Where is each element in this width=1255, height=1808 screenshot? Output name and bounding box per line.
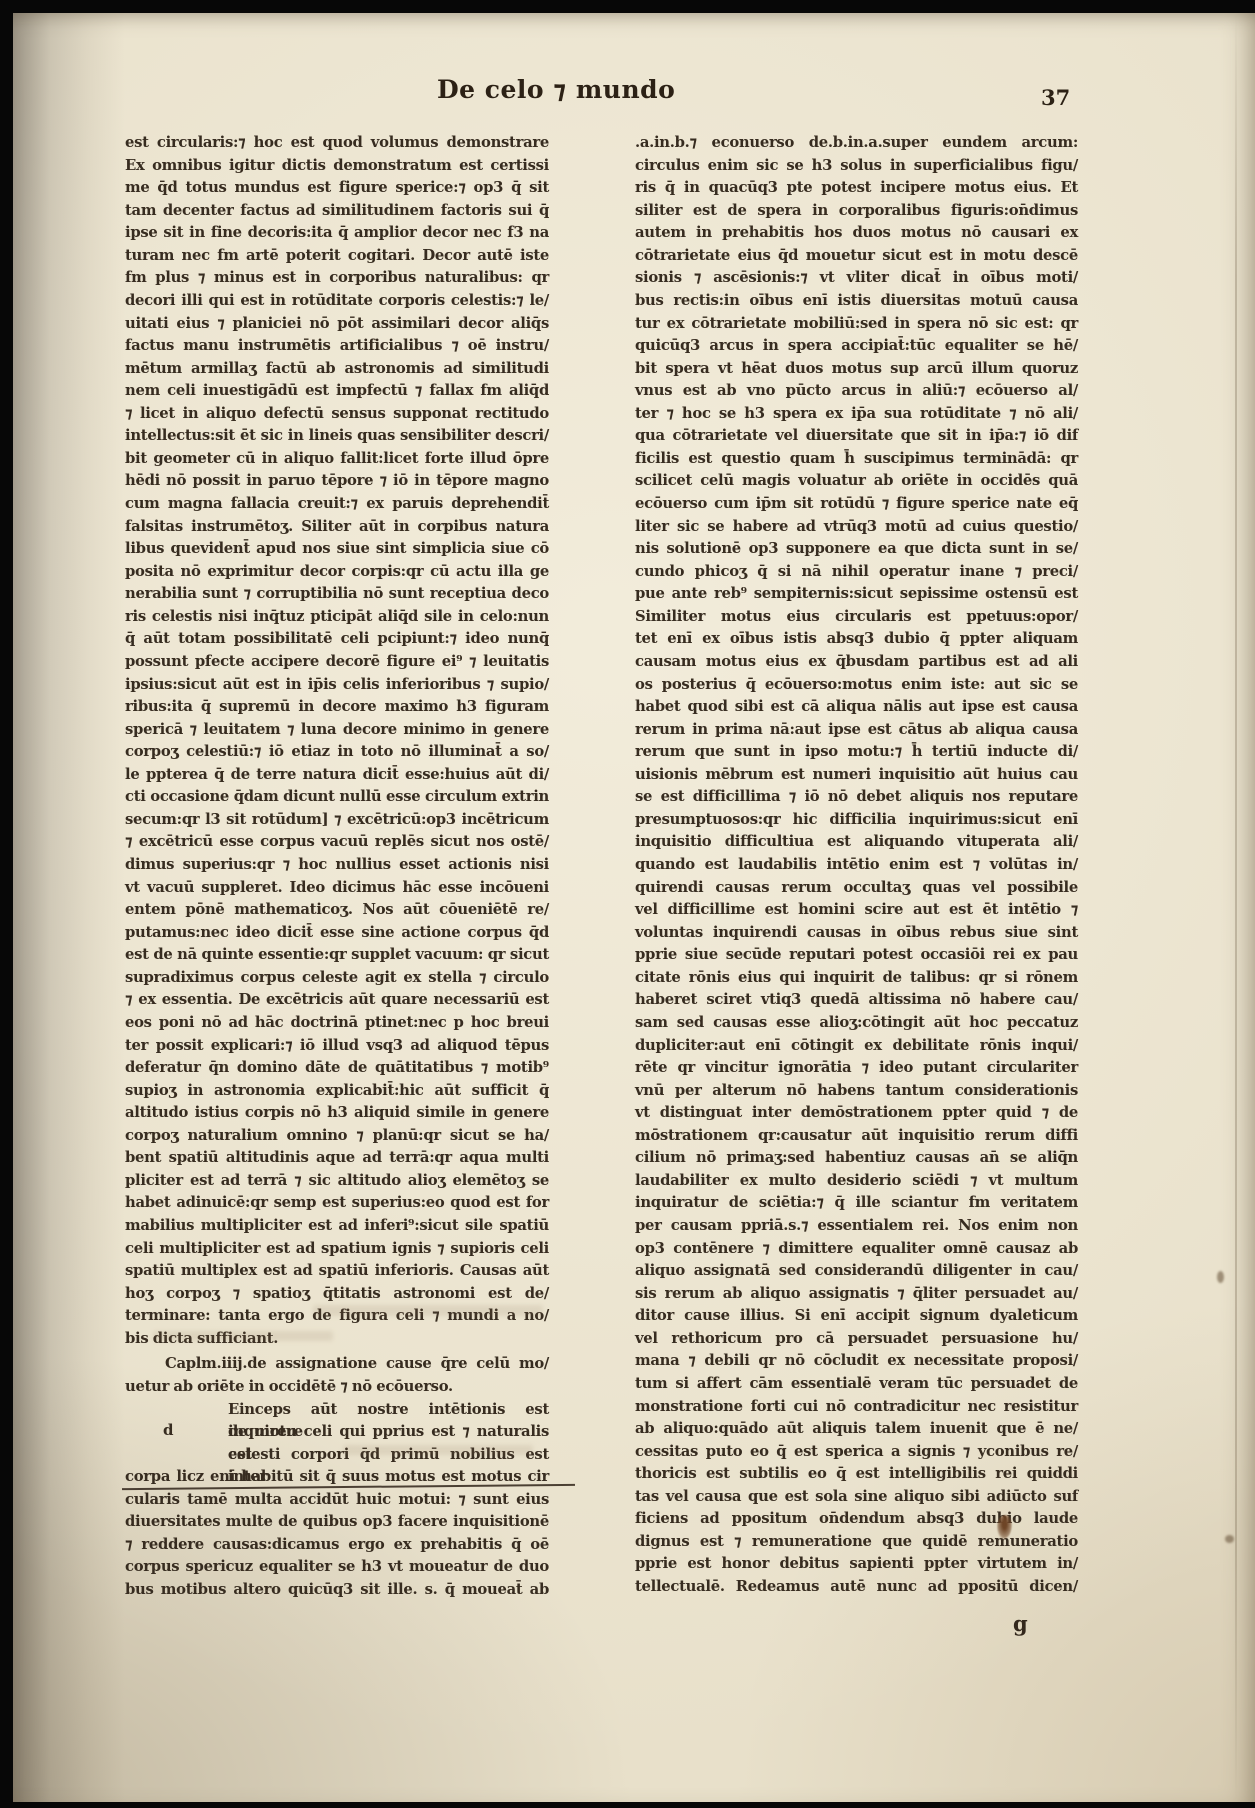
text-line: tas vel causa que est sola sine aliquo s… [635, 1486, 1078, 1509]
text-line: bit geometer cū in aliquo fallit:licet f… [125, 448, 549, 471]
text-line: inquisitio difficultiua est aliquando vi… [635, 831, 1078, 854]
text-line: tet enī ex oībus istis absq3 dubio q̄ pp… [635, 628, 1078, 651]
text-line: sis rerum ab aliquo assignatis ⁊ q̄liter… [635, 1283, 1078, 1306]
text-line: nis solutionē op3 supponere ea que dicta… [635, 538, 1078, 561]
text-line: mana ⁊ debili qr nō cōcludit ex necessit… [635, 1350, 1078, 1373]
text-line: os posterius q̄ ecōuerso:motus enim iste… [635, 674, 1078, 697]
text-line: haberet sciret vtiq3 quedā altissima nō … [635, 989, 1078, 1012]
text-line: quirendi causas rerum occultaʒ quas vel … [635, 877, 1078, 900]
text-line: eos poni nō ad hāc doctrinā ptinet:nec p… [125, 1012, 549, 1035]
ink-bleedthrough [343, 1445, 533, 1455]
text-line: thoricis est subtilis eo q̄ est intellig… [635, 1463, 1078, 1486]
text-line: entem pōnē mathematicoʒ. Nos aūt cōueniē… [125, 899, 549, 922]
text-line: aliquo assignatā sed considerandū dilige… [635, 1260, 1078, 1283]
text-line: bit spera vt hēat duos motus sup arcū il… [635, 358, 1078, 381]
text-line: ecōuerso cum ip̄m sit rotūdū ⁊ figure sp… [635, 493, 1078, 516]
text-line: Similiter motus eius circularis est ppet… [635, 606, 1078, 629]
text-line: est circularis:⁊ hoc est quod volumus de… [125, 132, 549, 155]
running-header: De celo ⁊ mundo [437, 75, 675, 104]
text-line: Caplm.iiij.de assignatione cause q̄re ce… [125, 1353, 549, 1376]
text-line: circulus enim sic se h3 solus in superfi… [635, 155, 1078, 178]
text-line: pprie siue secūde reputari potest occasi… [635, 944, 1078, 967]
text-line: vnus est ab vno pūcto arcus in aliū:⁊ ec… [635, 380, 1078, 403]
text-line: ter ⁊ hoc se h3 spera ex ip̄a sua rotūdi… [635, 403, 1078, 426]
text-line: sam sed causas esse alioʒ:cōtingit aūt h… [635, 1012, 1078, 1035]
text-line: turam nec fm artē poterit cogitari. Deco… [125, 245, 549, 268]
text-line: scilicet celū magis voluatur ab oriēte i… [635, 470, 1078, 493]
text-line: cōtrarietate eius q̄d mouetur sicut est … [635, 245, 1078, 268]
text-line: corpoʒ naturalium omnino ⁊ planū:qr sicu… [125, 1125, 549, 1148]
text-line: cundo phicoʒ q̄ si nā nihil operatur ina… [635, 561, 1078, 584]
text-line: uetur ab oriēte in occidētē ⁊ nō ecōuers… [125, 1376, 549, 1399]
text-line: posita nō exprimitur decor corpis:qr cū … [125, 561, 549, 584]
text-line: supradiximus corpus celeste agit ex stel… [125, 967, 549, 990]
text-line: hēdi nō possit in paruo tēpore ⁊ iō in t… [125, 470, 549, 493]
text-line: le ppterea q̄ de terre natura dicit̄ ess… [125, 764, 549, 787]
text-line: dignus est ⁊ remuneratione que quidē rem… [635, 1531, 1078, 1554]
text-line: habet quod sibi est cā aliqua nālis aut … [635, 696, 1078, 719]
page-fold-line [1235, 13, 1237, 1802]
text-line: bus motibus altero quicūq3 sit ille. s. … [125, 1579, 549, 1602]
text-line: sionis ⁊ ascēsionis:⁊ vt vliter dicat̄ i… [635, 267, 1078, 290]
text-line: mōstrationem qr:causatur aūt inquisitio … [635, 1125, 1078, 1148]
text-line: siliter est de spera in corporalibus fig… [635, 200, 1078, 223]
text-line: tur ex cōtrarietate mobiliū:sed in spera… [635, 313, 1078, 336]
text-line: citate rōnis eius qui inquirit de talibu… [635, 967, 1078, 990]
text-line: ficilis est questio quam h̄ suscipimus t… [635, 448, 1078, 471]
text-line: vnū per alterum nō habens tantum conside… [635, 1080, 1078, 1103]
text-line: spatiū multiplex est ad spatiū inferiori… [125, 1260, 549, 1283]
text-line: putamus:nec ideo dicit̄ esse sine action… [125, 922, 549, 945]
text-line: dupliciter:aut enī cōtingit ex debilitat… [635, 1035, 1078, 1058]
text-line: diuersitates multe de quibus op3 facere … [125, 1511, 549, 1534]
text-line: hoʒ corpoʒ ⁊ spatioʒ q̄titatis astronomi… [125, 1283, 549, 1306]
text-line: secum:qr l3 sit rotūdum] ⁊ excētricū:op3… [125, 809, 549, 832]
text-line: q̄ aūt totam possibilitatē celi pcipiunt… [125, 628, 549, 651]
text-line: de motu celi qui pprius est ⁊ naturalis … [125, 1421, 549, 1444]
text-line: ris celestis nisi inq̄tuz pticipāt aliq̄… [125, 606, 549, 629]
text-line: corpoʒ celestiū:⁊ iō etiaz in toto nō il… [125, 741, 549, 764]
text-line: ipsius:sicut aūt est in ip̄is celis infe… [125, 674, 549, 697]
text-line: voluntas inquirendi causas in oībus rebu… [635, 922, 1078, 945]
text-line: dimus superius:qr ⁊ hoc nullius esset ac… [125, 854, 549, 877]
text-line: pprie est honor debitus sapienti ppter v… [635, 1553, 1078, 1576]
text-line: corpus spericuz equaliter se h3 vt mouea… [125, 1556, 549, 1579]
text-line: tam decenter factus ad similitudinem fac… [125, 200, 549, 223]
text-line: altitudo istius corpis nō h3 aliquid sim… [125, 1102, 549, 1125]
text-line: est de nā quinte essentie:qr supplet vac… [125, 944, 549, 967]
text-line: tum si affert cām essentialē veram tūc p… [635, 1373, 1078, 1396]
text-line: op3 contēnere ⁊ dimittere equaliter omnē… [635, 1238, 1078, 1261]
text-line: habet adinuicē:qr semp est superius:eo q… [125, 1192, 549, 1215]
text-line: bent spatiū altitudinis aque ad terrā:qr… [125, 1147, 549, 1170]
text-line: ris q̄ in quacūq3 pte potest incipere mo… [635, 177, 1078, 200]
quire-signature-mark: g [1013, 1611, 1028, 1636]
text-line: quicūq3 arcus in spera accipiat̄:tūc equ… [635, 335, 1078, 358]
text-line: uitati eius ⁊ planiciei nō pōt assimilar… [125, 313, 549, 336]
text-line: celi multipliciter est ad spatium ignis … [125, 1238, 549, 1261]
text-line: ⁊ licet in aliquo defectū sensus suppona… [125, 403, 549, 426]
text-line: mabilius multipliciter est ad inferi⁹:si… [125, 1215, 549, 1238]
text-line: cularis tamē multa accidūt huic motui: ⁊… [125, 1489, 549, 1512]
text-line: uisionis mēbrum est numeri inquisitio aū… [635, 764, 1078, 787]
ink-speck [1217, 1271, 1224, 1283]
scanned-book-page: De celo ⁊ mundo 37 est circularis:⁊ hoc … [0, 0, 1255, 1808]
page: De celo ⁊ mundo 37 est circularis:⁊ hoc … [13, 13, 1255, 1802]
text-line: ab aliquo:quādo aūt aliquis talem inueni… [635, 1418, 1078, 1441]
text-line: quando est laudabilis intētio enim est ⁊… [635, 854, 1078, 877]
text-column-right: .a.in.b.⁊ econuerso de.b.in.a.super eund… [635, 132, 1078, 1599]
text-line: ⁊ ex essentia. De excētricis aūt quare n… [125, 989, 549, 1012]
text-line: monstratione forti cui nō contradicitur … [635, 1396, 1078, 1419]
text-line: rerum in prima nā:aut ipse est cātus ab … [635, 719, 1078, 742]
text-line: laudabiliter ex multo desiderio sciēdi ⁊… [635, 1170, 1078, 1193]
text-line: supioʒ in astronomia explicabit̄:hic aūt… [125, 1080, 549, 1103]
text-line: ter possit explicari:⁊ iō illud vsq3 ad … [125, 1035, 549, 1058]
text-line: ipse sit in fine decoris:ita q̄ amplior … [125, 222, 549, 245]
text-line: cti occasione q̄dam dicunt nullū esse ci… [125, 786, 549, 809]
text-line: deferatur q̄n domino dāte de quātitatibu… [125, 1057, 549, 1080]
text-line: per causam ppriā.s.⁊ essentialem rei. No… [635, 1215, 1078, 1238]
text-line: cum magna fallacia creuit:⁊ ex paruis de… [125, 493, 549, 516]
text-line: .a.in.b.⁊ econuerso de.b.in.a.super eund… [635, 132, 1078, 155]
text-line: intellectus:sit ēt sic in lineis quas se… [125, 425, 549, 448]
text-line: libus quevident̄ apud nos siue sint simp… [125, 538, 549, 561]
text-line: possunt pfecte accipere decorē figure ei… [125, 651, 549, 674]
text-line: mētum armillaʒ factū ab astronomis ad si… [125, 358, 549, 381]
text-line: cilium nō primaʒ:sed habentiuz causas an… [635, 1147, 1078, 1170]
text-line: bus rectis:in oībus enī istis diuersitas… [635, 290, 1078, 313]
text-line: Einceps aūt nostre intētionis est inquir… [125, 1399, 549, 1422]
text-line: liter sic se habere ad vtrūq3 motū ad cu… [635, 516, 1078, 539]
text-line: tellectualē. Redeamus autē nunc ad pposi… [635, 1576, 1078, 1599]
text-line: ditor cause illius. Si enī accipit signu… [635, 1305, 1078, 1328]
text-line: me q̄d totus mundus est figure sperice:⁊… [125, 177, 549, 200]
text-line: fm plus ⁊ minus est in corporibus natura… [125, 267, 549, 290]
text-line: ⁊ excētricū esse corpus vacuū replēs sic… [125, 831, 549, 854]
text-line: inquiratur de sciētia:⁊ q̄ ille sciantur… [635, 1192, 1078, 1215]
text-line: se est difficillima ⁊ iō nō debet aliqui… [635, 786, 1078, 809]
text-line: corpa licz enī habitū sit q̄ suus motus … [125, 1466, 549, 1489]
text-line: pue ante reb⁹ sempiternis:sicut sepissim… [635, 583, 1078, 606]
text-line: rēte qr vincitur ignorātia ⁊ ideo putant… [635, 1057, 1078, 1080]
ink-speck [1225, 1535, 1234, 1543]
text-line: ribus:ita q̄ supremū in decore maximo h3… [125, 696, 549, 719]
text-line: vel rethoricum pro cā persuadet persuasi… [635, 1328, 1078, 1351]
text-line: factus manu instrumētis artificialibus ⁊… [125, 335, 549, 358]
text-line: causam motus eius ex q̄busdam partibus e… [635, 651, 1078, 674]
text-line: nerabilia sunt ⁊ corruptibilia nō sunt r… [125, 583, 549, 606]
text-line: ⁊ reddere causas:dicamus ergo ex prehabi… [125, 1534, 549, 1557]
text-line: vt distinguat inter demōstrationem ppter… [635, 1102, 1078, 1125]
text-line: spericā ⁊ leuitatem ⁊ luna decore minimo… [125, 719, 549, 742]
text-line: rerum que sunt in ipso motu:⁊ h̄ tertiū … [635, 741, 1078, 764]
text-line: falsitas instrumētoʒ. Siliter aūt in cor… [125, 516, 549, 539]
text-line: presumptuosos:qr hic difficilia inquirim… [635, 809, 1078, 832]
initial-guide-letter: d [163, 1421, 174, 1439]
text-line: nem celi inuestigādū est impfectū ⁊ fall… [125, 380, 549, 403]
ink-bleedthrough [153, 1331, 333, 1341]
text-line: decori illi qui est in rotūditate corpor… [125, 290, 549, 313]
folio-number: 37 [1041, 85, 1070, 110]
text-line: vt vacuū suppleret. Ideo dicimus hāc ess… [125, 877, 549, 900]
text-column-left: est circularis:⁊ hoc est quod volumus de… [125, 132, 549, 1602]
text-line: cessitas puto eo q̄ est sperica a signis… [635, 1441, 1078, 1464]
text-line: qua cōtrarietate vel diuersitate que sit… [635, 425, 1078, 448]
text-line: Ex omnibus igitur dictis demonstratum es… [125, 155, 549, 178]
text-line: autem in prehabitis hos duos motus nō ca… [635, 222, 1078, 245]
text-line: pliciter est ad terrā ⁊ sic altitudo ali… [125, 1170, 549, 1193]
ink-bleedthrough [313, 1305, 543, 1316]
text-line: vel difficillime est homini scire aut es… [635, 899, 1078, 922]
